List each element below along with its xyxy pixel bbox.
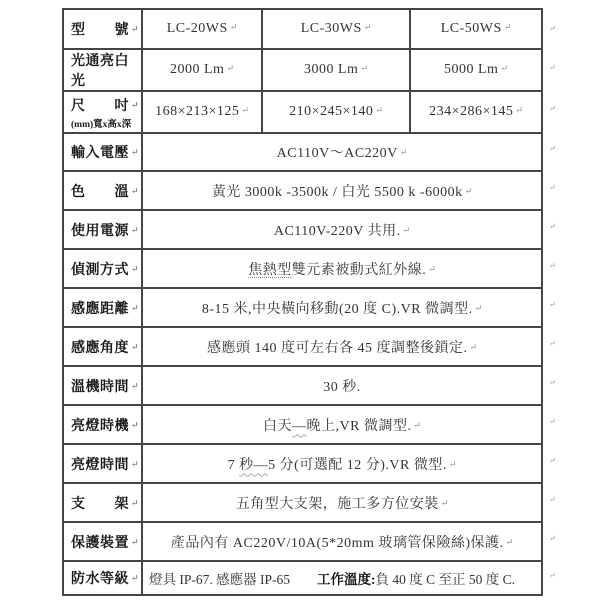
working-temp-label: 工作溫度: (317, 572, 376, 587)
cell-color-temp: 黃光 3000k -3500k / 白光 5500 k -6000k↵ (142, 171, 542, 210)
cell-size-2: 210×245×140↵ (262, 91, 410, 133)
cell-text: AC110V-220V 共用. (274, 224, 401, 239)
paragraph-mark-icon: ↵ (226, 63, 234, 73)
paragraph-mark-icon: ↵ (131, 225, 139, 235)
paragraph-mark-icon: ↵ (475, 303, 483, 313)
cell-duration: 7 秒—5 分(可選配 12 分).VR 微型.↵ (142, 444, 542, 483)
paragraph-mark-icon: ↵ (131, 459, 139, 469)
row-end-mark-icon: ↵ (549, 379, 557, 387)
cell-text: 白天 (263, 419, 292, 434)
row-end-mark-icon: ↵ (549, 301, 557, 309)
cell-text: 5 分(可選配 12 分).VR 微型. (268, 458, 447, 473)
row-size: 尺 吋↵(mm)寬x高x深 168×213×125↵ 210×245×140↵ … (63, 91, 542, 133)
paragraph-mark-icon: ↵ (131, 381, 139, 391)
cell-lumen-2: 3000 Lm↵ (262, 49, 410, 91)
cell-text: 234×286×145 (429, 104, 513, 119)
row-label-text: 使用電源 (71, 224, 129, 239)
row-power: 使用電源↵ AC110V-220V 共用.↵ (63, 210, 542, 249)
cell-text: 2000 Lm (170, 62, 224, 77)
paragraph-mark-icon: ↵ (506, 537, 514, 547)
row-label-text: 防水等級 (71, 572, 129, 587)
paragraph-mark-icon: ↵ (504, 22, 512, 32)
paragraph-mark-icon: ↵ (413, 420, 421, 430)
row-label-size: 尺 吋↵(mm)寬x高x深 (63, 91, 142, 133)
row-label-text: 亮燈時機 (71, 419, 129, 434)
cell-range: 8-15 米,中央橫向移動(20 度 C).VR 微調型.↵ (142, 288, 542, 327)
row-end-mark-icon: ↵ (549, 223, 557, 231)
paragraph-mark-icon: ↵ (400, 147, 408, 157)
cell-size-1: 168×213×125↵ (142, 91, 262, 133)
cell-text: 3000 Lm (304, 62, 358, 77)
cell-model-lc50ws: LC-50WS↵ (410, 9, 542, 49)
cell-waterproof: 燈具 IP-67. 感應器 IP-65 工作溫度:負 40 度 C 至正 50 … (142, 561, 542, 595)
cell-text: LC-30WS (301, 21, 362, 36)
cell-text: 30 秒. (323, 380, 361, 395)
row-label-text: 保護裝置 (71, 536, 129, 551)
cell-text: LC-20WS (167, 21, 228, 36)
row-duration: 亮燈時間↵ 7 秒—5 分(可選配 12 分).VR 微型.↵ (63, 444, 542, 483)
paragraph-mark-icon: ↵ (465, 186, 473, 196)
row-label-text: 光通亮白光 (71, 54, 129, 89)
row-end-mark-icon: ↵ (549, 535, 557, 543)
cell-text: 7 (228, 458, 240, 473)
cell-text: 黃光 3000k -3500k / 白光 5500 k -6000k (212, 185, 463, 200)
grammar-wavy-text: 秒— (239, 458, 268, 473)
row-end-mark-icon: ↵ (549, 105, 557, 113)
cell-text: 晚上,VR 微調型. (307, 419, 412, 434)
row-label-text: 感應距離 (71, 302, 129, 317)
row-label-warmup: 溫機時間↵ (63, 366, 142, 405)
cell-text: 210×245×140 (289, 104, 373, 119)
row-end-mark-icon: ↵ (549, 145, 557, 153)
row-warmup: 溫機時間↵ 30 秒. (63, 366, 542, 405)
cell-warmup: 30 秒. (142, 366, 542, 405)
row-color-temp: 色 溫↵ 黃光 3000k -3500k / 白光 5500 k -6000k↵ (63, 171, 542, 210)
cell-spacer (290, 572, 317, 587)
cell-text: 5000 Lm (444, 62, 498, 77)
cell-timing: 白天—晚上,VR 微調型.↵ (142, 405, 542, 444)
row-end-mark-icon: ↵ (549, 496, 557, 504)
row-label-color-temp: 色 溫↵ (63, 171, 142, 210)
row-label-text: 輸入電壓 (71, 146, 129, 161)
paragraph-mark-icon: ↵ (131, 537, 139, 547)
paragraph-mark-icon: ↵ (428, 264, 436, 274)
paragraph-mark-icon: ↵ (131, 420, 139, 430)
paragraph-mark-icon: ↵ (131, 24, 139, 34)
row-voltage: 輸入電壓↵ AC110V～AC220V↵ (63, 133, 542, 171)
row-label-text: 溫機時間 (71, 380, 129, 395)
row-label-angle: 感應角度↵ (63, 327, 142, 366)
paragraph-mark-icon: ↵ (500, 63, 508, 73)
cell-model-lc30ws: LC-30WS↵ (262, 9, 410, 49)
row-label-model: 型 號↵ (63, 9, 142, 49)
paragraph-mark-icon: ↵ (131, 186, 139, 196)
paragraph-mark-icon: ↵ (364, 22, 372, 32)
paragraph-mark-icon: ↵ (515, 105, 523, 115)
row-bracket: 支 架↵ 五角型大支架，施工多方位安裝↵ (63, 483, 542, 522)
paragraph-mark-icon: ↵ (230, 22, 238, 32)
paragraph-mark-icon: ↵ (131, 303, 139, 313)
row-label-protection: 保護裝置↵ (63, 522, 142, 561)
row-timing: 亮燈時機↵ 白天—晚上,VR 微調型.↵ (63, 405, 542, 444)
spec-table: 型 號↵ LC-20WS↵ LC-30WS↵ LC-50WS↵ 光通亮白光 20… (62, 8, 543, 596)
row-protection: 保護裝置↵ 產品內有 AC220V/10A(5*20mm 玻璃管保險絲)保護.↵ (63, 522, 542, 561)
cell-protection: 產品內有 AC220V/10A(5*20mm 玻璃管保險絲)保護.↵ (142, 522, 542, 561)
row-end-mark-icon: ↵ (549, 25, 557, 33)
cell-text: 8-15 米,中央橫向移動(20 度 C).VR 微調型. (202, 302, 473, 317)
cell-text: 感應頭 140 度可左右各 45 度調整後鎖定. (207, 341, 468, 356)
paragraph-mark-icon: ↵ (360, 63, 368, 73)
spellcheck-underlined-text: 焦熱型 (248, 263, 292, 278)
paragraph-mark-icon: ↵ (375, 105, 383, 115)
cell-voltage: AC110V～AC220V↵ (142, 133, 542, 171)
cell-text: 五角型大支架，施工多方位安裝 (236, 497, 439, 512)
row-label-text: 偵測方式 (71, 263, 129, 278)
cell-text: 負 40 度 C 至正 50 度 C. (376, 572, 516, 587)
row-label-text: 支 架 (71, 497, 129, 512)
page: { "marks": { "cell_return": "↵", "row_en… (0, 0, 600, 600)
cell-bracket: 五角型大支架，施工多方位安裝↵ (142, 483, 542, 522)
row-angle: 感應角度↵ 感應頭 140 度可左右各 45 度調整後鎖定.↵ (63, 327, 542, 366)
paragraph-mark-icon: ↵ (131, 342, 139, 352)
paragraph-mark-icon: ↵ (441, 498, 449, 508)
row-end-mark-icon: ↵ (549, 340, 557, 348)
paragraph-mark-icon: ↵ (403, 225, 411, 235)
row-label-voltage: 輸入電壓↵ (63, 133, 142, 171)
row-label-text: 色 溫 (71, 185, 129, 200)
paragraph-mark-icon: ↵ (131, 573, 139, 583)
paragraph-mark-icon: ↵ (469, 342, 477, 352)
row-label-text: 亮燈時間 (71, 458, 129, 473)
row-end-mark-icon: ↵ (549, 572, 557, 580)
row-label-detection: 偵測方式↵ (63, 249, 142, 288)
row-label-text: 尺 吋 (71, 99, 129, 114)
cell-text: 燈具 IP-67. 感應器 IP-65 (149, 572, 290, 587)
paragraph-mark-icon: ↵ (449, 459, 457, 469)
row-model: 型 號↵ LC-20WS↵ LC-30WS↵ LC-50WS↵ (63, 9, 542, 49)
row-end-mark-icon: ↵ (549, 184, 557, 192)
row-end-mark-icon: ↵ (549, 418, 557, 426)
row-label-timing: 亮燈時機↵ (63, 405, 142, 444)
row-lumen: 光通亮白光 2000 Lm↵ 3000 Lm↵ 5000 Lm↵ (63, 49, 542, 91)
paragraph-mark-icon: ↵ (131, 498, 139, 508)
row-end-mark-icon: ↵ (549, 64, 557, 72)
cell-text: 產品內有 AC220V/10A(5*20mm 玻璃管保險絲)保護. (171, 536, 504, 551)
row-label-duration: 亮燈時間↵ (63, 444, 142, 483)
cell-model-lc20ws: LC-20WS↵ (142, 9, 262, 49)
paragraph-mark-icon: ↵ (131, 264, 139, 274)
row-label-lumen: 光通亮白光 (63, 49, 142, 91)
cell-size-3: 234×286×145↵ (410, 91, 542, 133)
row-range: 感應距離↵ 8-15 米,中央橫向移動(20 度 C).VR 微調型.↵ (63, 288, 542, 327)
cell-lumen-1: 2000 Lm↵ (142, 49, 262, 91)
row-label-bracket: 支 架↵ (63, 483, 142, 522)
row-label-range: 感應距離↵ (63, 288, 142, 327)
paragraph-mark-icon: ↵ (131, 147, 139, 157)
cell-detection: 焦熱型雙元素被動式紅外線.↵ (142, 249, 542, 288)
row-sublabel-text: (mm)寬x高x深 (71, 116, 141, 130)
row-waterproof: 防水等級↵ 燈具 IP-67. 感應器 IP-65 工作溫度:負 40 度 C … (63, 561, 542, 595)
cell-text: 雙元素被動式紅外線. (292, 263, 427, 278)
row-end-mark-icon: ↵ (549, 262, 557, 270)
row-label-power: 使用電源↵ (63, 210, 142, 249)
cell-text: LC-50WS (441, 21, 502, 36)
paragraph-mark-icon: ↵ (131, 100, 139, 110)
paragraph-mark-icon: ↵ (241, 105, 249, 115)
row-label-waterproof: 防水等級↵ (63, 561, 142, 595)
row-end-mark-icon: ↵ (549, 457, 557, 465)
row-label-text: 型 號 (71, 23, 129, 38)
grammar-wavy-text: — (292, 419, 307, 434)
cell-angle: 感應頭 140 度可左右各 45 度調整後鎖定.↵ (142, 327, 542, 366)
cell-lumen-3: 5000 Lm↵ (410, 49, 542, 91)
cell-power: AC110V-220V 共用.↵ (142, 210, 542, 249)
row-detection: 偵測方式↵ 焦熱型雙元素被動式紅外線.↵ (63, 249, 542, 288)
cell-text: 168×213×125 (155, 104, 239, 119)
cell-text: AC110V～AC220V (277, 146, 398, 161)
row-label-text: 感應角度 (71, 341, 129, 356)
